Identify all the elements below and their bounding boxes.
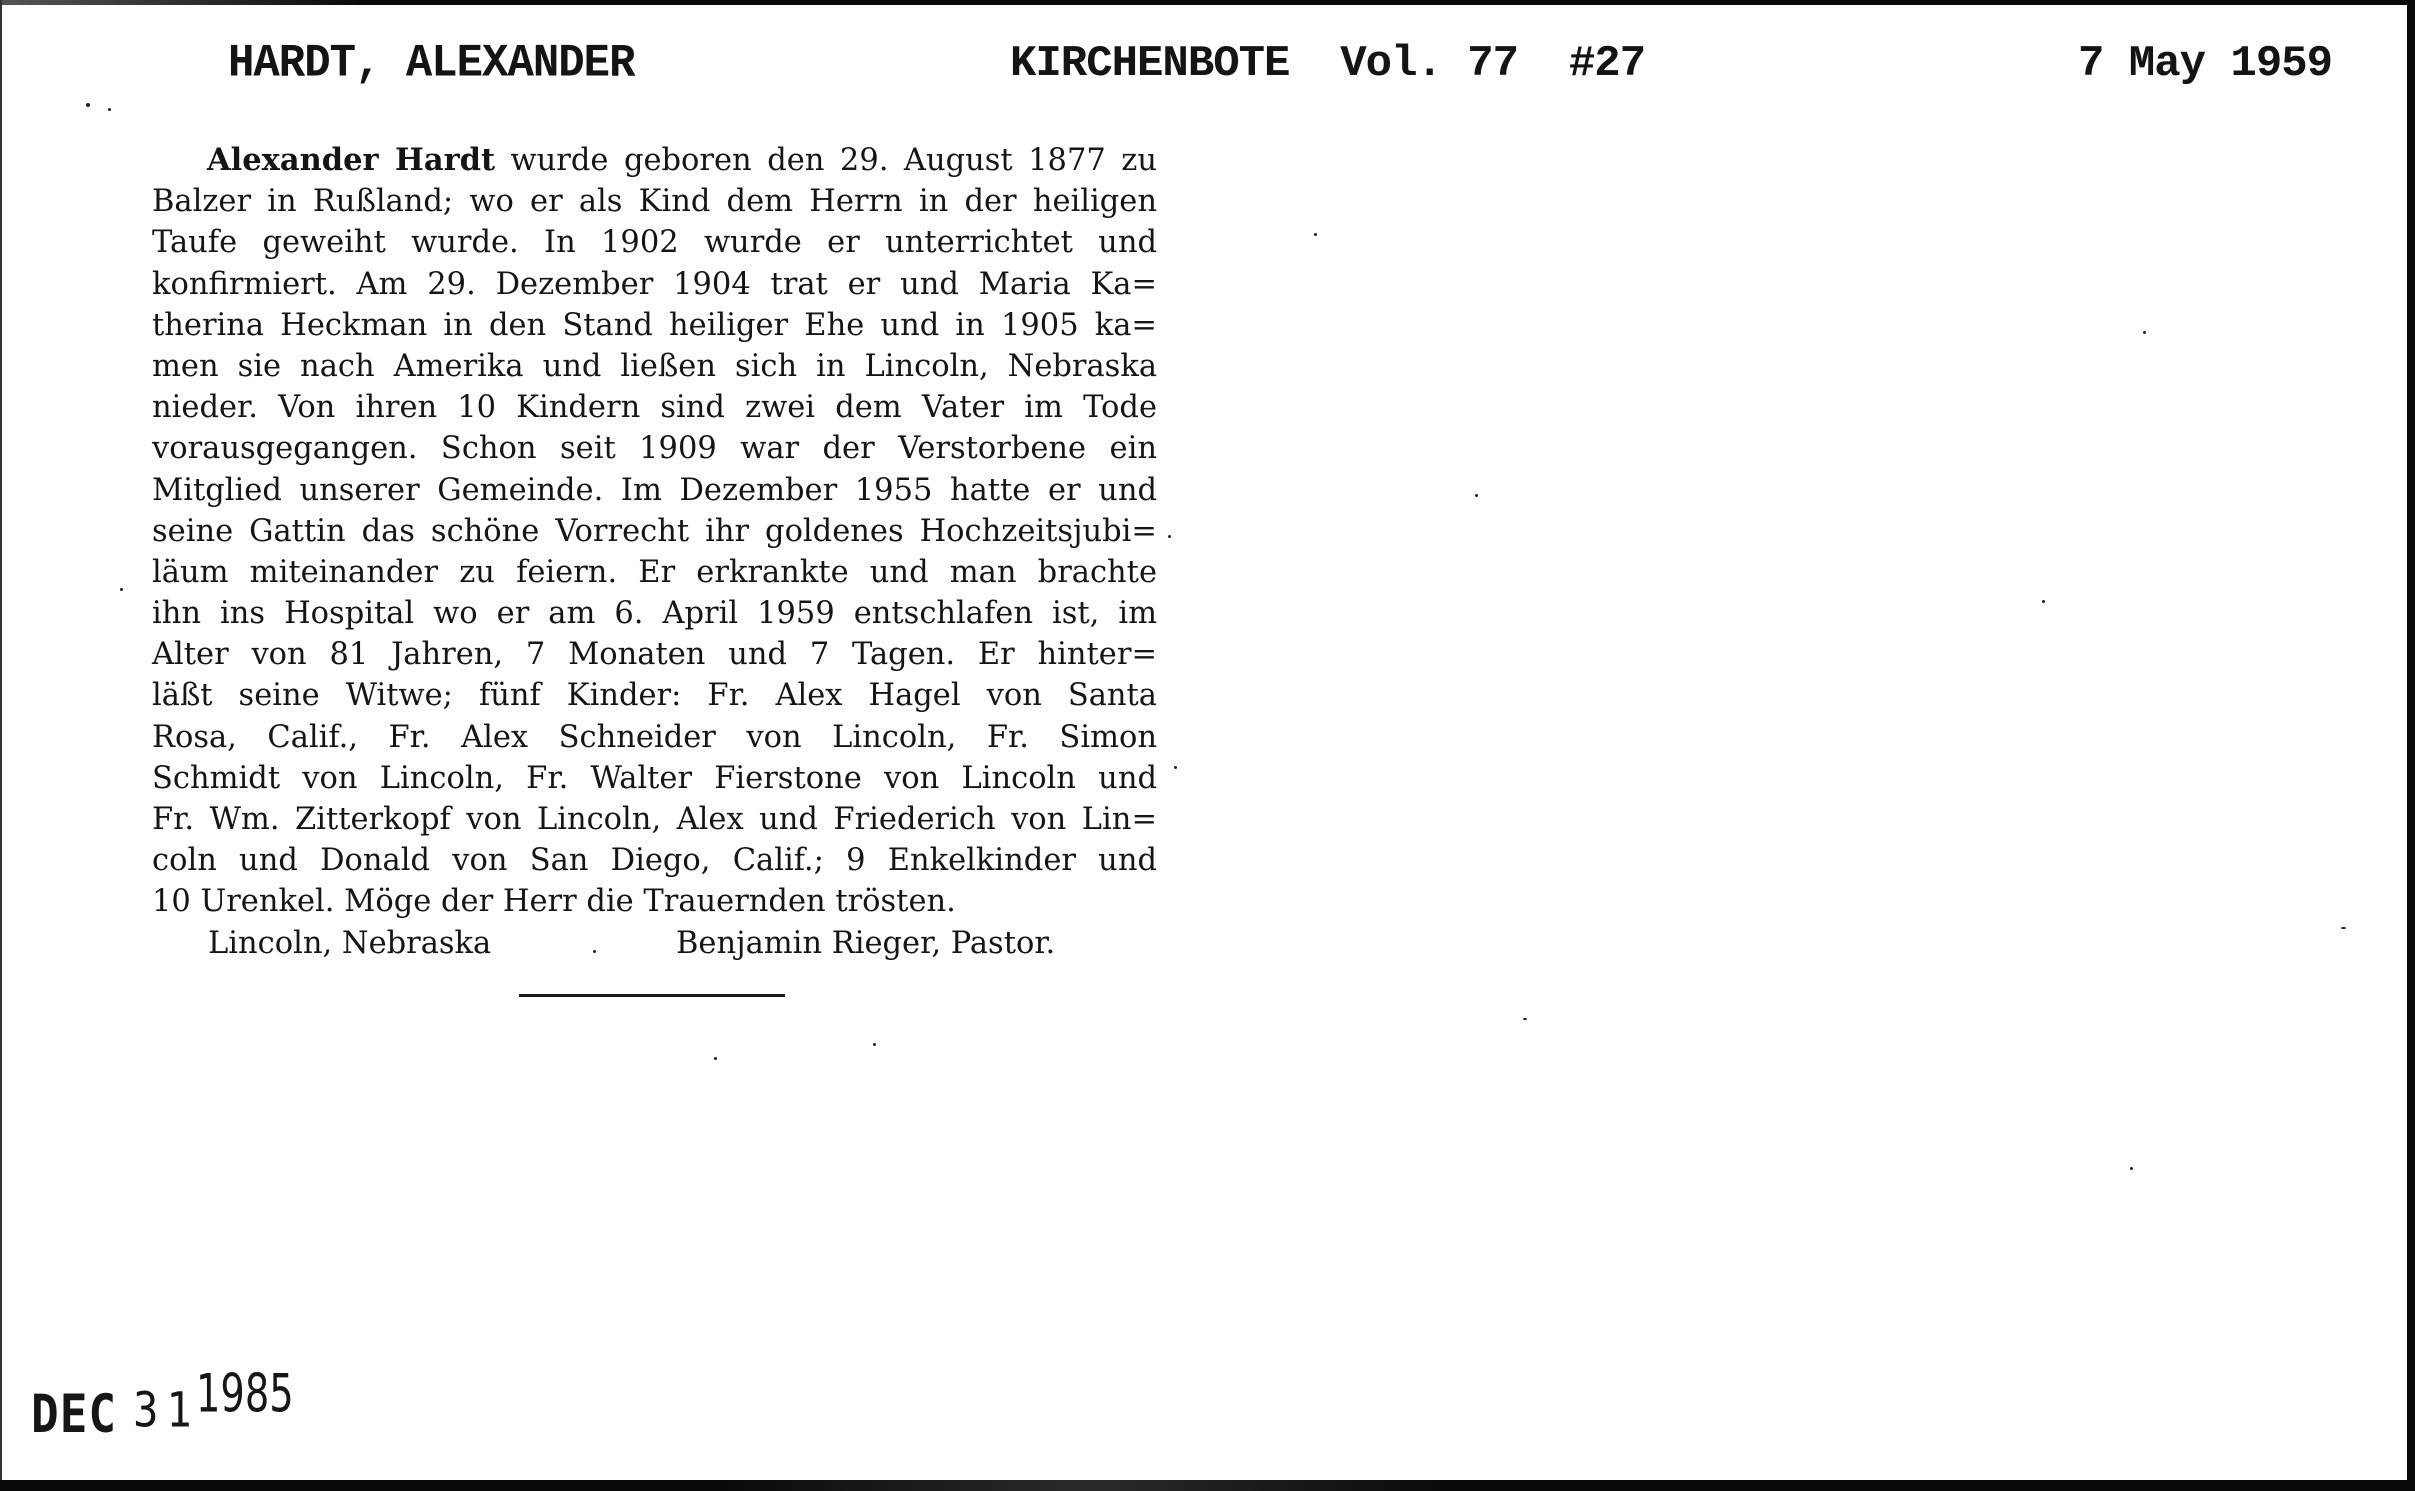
stamp-day: 31: [133, 1386, 200, 1434]
scan-speck: [873, 1043, 876, 1046]
obituary-line: Alexander Hardt wurde geboren den 29. Au…: [152, 140, 1157, 181]
scan-speck: [1174, 766, 1177, 769]
obituary-line: men sie nach Amerika und ließen sich in …: [152, 346, 1157, 387]
scan-border-bottom: [0, 1480, 2415, 1491]
stamp-month: DEC: [31, 1387, 117, 1440]
obituary-line: Mitglied unserer Gemeinde. Im Dezember 1…: [152, 470, 1157, 511]
scan-speck: [2341, 927, 2346, 929]
obituary-line: coln und Donald von San Diego, Calif.; 9…: [152, 840, 1157, 881]
obituary-line: vorausgegangen. Schon seit 1909 war der …: [152, 428, 1157, 469]
obituary-lead-name: Alexander Hardt: [207, 142, 495, 178]
signature-pastor: Benjamin Rieger, Pastor.: [676, 926, 1055, 961]
obituary-line: Fr. Wm. Zitterkopf von Lincoln, Alex und…: [152, 799, 1157, 840]
scan-speck: [1314, 233, 1317, 236]
obituary-line: Schmidt von Lincoln, Fr. Walter Fierston…: [152, 758, 1157, 799]
obituary-line: konfirmiert. Am 29. Dezember 1904 trat e…: [152, 264, 1157, 305]
closing-rule: [519, 994, 785, 997]
obituary-line: ihn ins Hospital wo er am 6. April 1959 …: [152, 593, 1157, 634]
scan-speck: [2130, 1167, 2133, 1170]
obituary-line: Alter von 81 Jahren, 7 Monaten und 7 Tag…: [152, 634, 1157, 675]
scan-border-right: [2407, 0, 2415, 1491]
obituary-line: 10 Urenkel. Möge der Herr die Trauernden…: [152, 881, 1157, 922]
scan-border-left: [0, 0, 2, 1491]
signature-place: Lincoln, Nebraska: [208, 926, 491, 961]
header-deceased-name: HARDT, ALEXANDER: [228, 41, 634, 87]
scan-speck: [1168, 535, 1171, 538]
scan-speck: [1523, 1018, 1527, 1020]
obituary-body: Alexander Hardt wurde geboren den 29. Au…: [152, 140, 1157, 923]
obituary-line: Balzer in Rußland; wo er als Kind dem He…: [152, 181, 1157, 222]
stamp-year: 1985: [196, 1367, 294, 1420]
scan-border-top: [0, 0, 2415, 5]
received-date-stamp: DEC311985: [31, 1392, 318, 1440]
header-issue-date: 7 May 1959: [2078, 42, 2332, 86]
scan-speck: [86, 103, 90, 107]
obituary-line: Rosa, Calif., Fr. Alex Schneider von Lin…: [152, 717, 1157, 758]
obituary-line: seine Gattin das schöne Vorrecht ihr gol…: [152, 511, 1157, 552]
scan-speck: [714, 1057, 717, 1060]
obituary-line: läum miteinander zu feiern. Er erkrankte…: [152, 552, 1157, 593]
scan-speck: [2042, 600, 2045, 603]
scan-speck: [108, 108, 111, 111]
scan-speck: [120, 588, 123, 591]
obituary-line: nieder. Von ihren 10 Kindern sind zwei d…: [152, 387, 1157, 428]
obituary-line: therina Heckman in den Stand heiliger Eh…: [152, 305, 1157, 346]
scan-speck: [2143, 331, 2146, 334]
obituary-line: Taufe geweiht wurde. In 1902 wurde er un…: [152, 222, 1157, 263]
obituary-card: HARDT, ALEXANDER KIRCHENBOTE Vol. 77 #27…: [0, 0, 2415, 1491]
scan-speck: [593, 950, 596, 953]
scan-speck: [1475, 494, 1478, 497]
header-publication: KIRCHENBOTE Vol. 77 #27: [1010, 42, 1645, 86]
obituary-line: läßt seine Witwe; fünf Kinder: Fr. Alex …: [152, 675, 1157, 716]
